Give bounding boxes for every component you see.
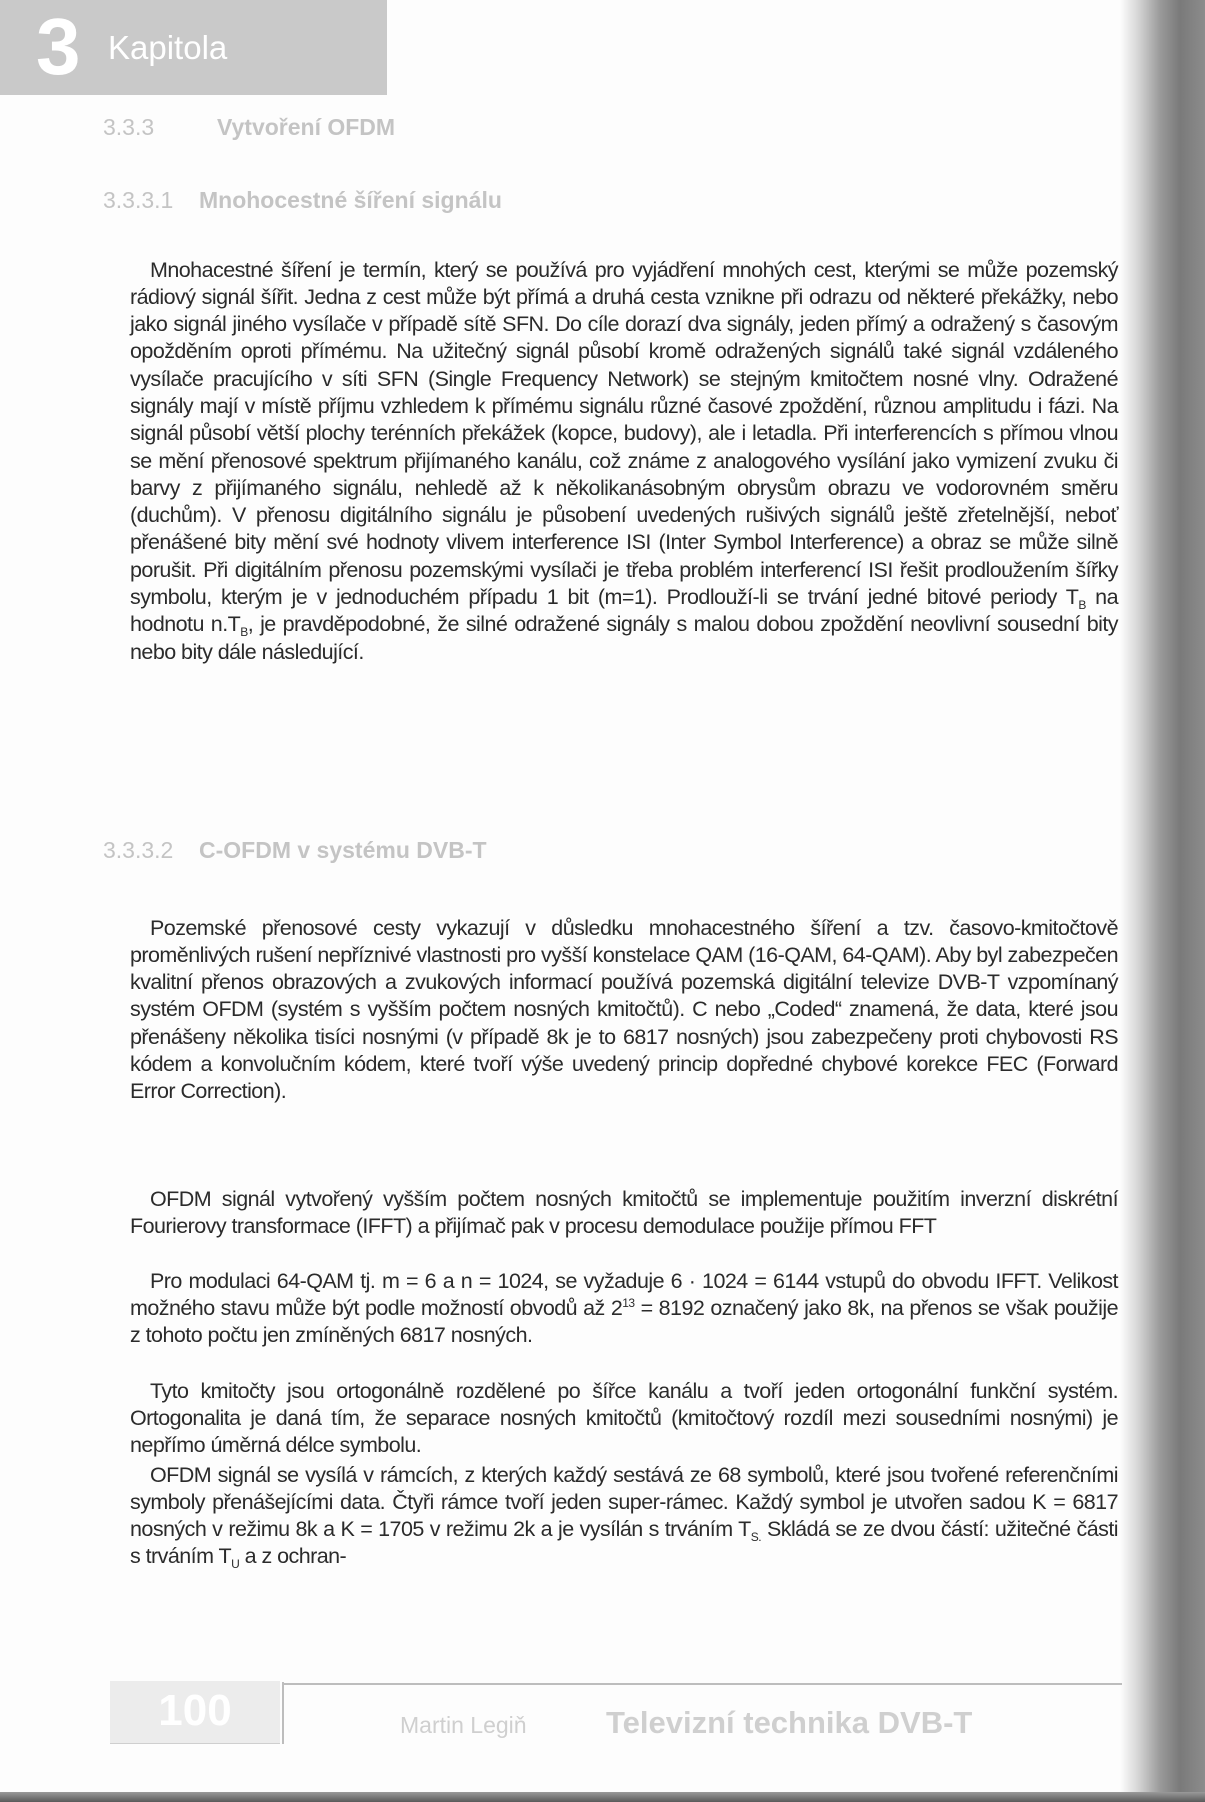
subsection-number: 3.3.3.2 [103, 837, 199, 864]
page-number-box: 100 [110, 1681, 280, 1744]
footer-book-title: Televizní technika DVB-T [606, 1704, 972, 1742]
chapter-tab: 3 Kapitola [0, 0, 387, 95]
paragraph-ifft: OFDM signál vytvořený vyšším počtem nosn… [130, 1186, 1118, 1241]
paragraph-frames: OFDM signál se vysílá v rámcích, z který… [130, 1462, 1118, 1571]
section-heading: 3.3.3Vytvoření OFDM [103, 114, 395, 141]
section-title: Vytvoření OFDM [217, 114, 395, 140]
subscript: S. [751, 1530, 761, 1544]
subsection-heading-1: 3.3.3.1Mnohocestné šíření signálu [103, 187, 502, 214]
text-run: a z ochran- [239, 1544, 346, 1568]
paragraph-orthogonality: Tyto kmitočty jsou ortogonálně rozdělené… [130, 1378, 1118, 1460]
page-number: 100 [110, 1685, 280, 1737]
subsection-heading-2: 3.3.3.2C-OFDM v systému DVB-T [103, 837, 487, 864]
subsection-title: Mnohocestné šíření signálu [199, 187, 502, 213]
subscript: B [1078, 598, 1085, 612]
subsection-title: C-OFDM v systému DVB-T [199, 837, 487, 863]
chapter-number: 3 [36, 4, 81, 90]
superscript: 13 [622, 1296, 634, 1310]
chapter-label: Kapitola [108, 28, 227, 68]
subscript: B [240, 625, 247, 639]
section-number: 3.3.3 [103, 114, 217, 141]
paragraph-64qam: Pro modulaci 64-QAM tj. m = 6 a n = 1024… [130, 1268, 1118, 1350]
book-gutter-shadow [1120, 0, 1205, 1802]
paragraph-multipath: Mnohacestné šíření je termín, který se p… [130, 257, 1118, 666]
footer-divider-horizontal [282, 1683, 1122, 1685]
text-run: Mnohacestné šíření je termín, který se p… [130, 258, 1118, 610]
footer-author: Martin Legiň [400, 1710, 527, 1740]
text-run: , je pravděpodobné, že silné odražené si… [130, 612, 1118, 663]
subsection-number: 3.3.3.1 [103, 187, 199, 214]
paragraph-terrestrial-paths: Pozemské přenosové cesty vykazují v důsl… [130, 915, 1118, 1106]
scan-edge-strip [0, 1792, 1205, 1802]
subscript: U [231, 1557, 239, 1571]
footer-divider-vertical [282, 1682, 284, 1744]
